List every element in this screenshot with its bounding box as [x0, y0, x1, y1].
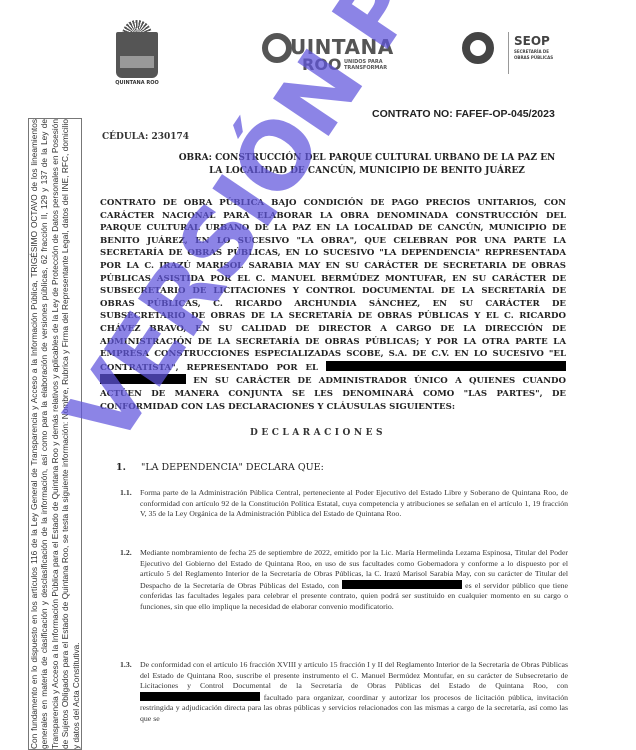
quintana-roo-coat-of-arms-logo: QUINTANA ROO: [112, 18, 162, 92]
redacted-block: [140, 692, 260, 701]
obra-line-1: OBRA: CONSTRUCCIÓN DEL PARQUE CULTURAL U…: [172, 152, 562, 165]
declaration-number: 1.: [116, 462, 126, 473]
intro-text-part-1: CONTRATO DE OBRA PÚBLICA BAJO CONDICIÓN …: [100, 198, 566, 373]
contract-intro-paragraph: CONTRATO DE OBRA PÚBLICA BAJO CONDICIÓN …: [100, 197, 566, 413]
q-ring-icon: [462, 32, 494, 64]
quintana-roo-government-logo: UINTANA ROO UNIDOS PARA TRANSFORMAR: [262, 33, 392, 77]
cedula-number: CÉDULA: 230174: [102, 132, 189, 142]
clause-number: 1.2.: [120, 548, 132, 559]
logo-caption: QUINTANA ROO: [112, 80, 162, 86]
section-title-declaraciones: DECLARACIONES: [0, 428, 636, 438]
obra-line-2: LA LOCALIDAD DE CANCÚN, MUNICIPIO DE BEN…: [172, 165, 562, 178]
clause-1-1: 1.1. Forma parte de la Administración Pú…: [140, 488, 568, 520]
clause-text: Forma parte de la Administración Pública…: [140, 488, 568, 518]
q-letter-icon: [262, 33, 292, 63]
seop-tagline: SECRETARÍA DE OBRAS PÚBLICAS: [514, 49, 554, 61]
logo-divider: [508, 32, 509, 74]
contract-number: CONTRATO NO: FAFEF-OP-045/2023: [372, 108, 555, 120]
logo-text-roo: ROO: [302, 55, 342, 74]
redacted-block: [100, 374, 186, 384]
declaration-heading-text: "LA DEPENDENCIA" DECLARA QUE:: [141, 462, 324, 473]
declaration-heading: 1. "LA DEPENDENCIA" DECLARA QUE:: [116, 462, 324, 473]
logo-tagline: UNIDOS PARA TRANSFORMAR: [344, 59, 394, 71]
redacted-block: [342, 580, 462, 589]
clause-text-before: De conformidad con el artículo 16 fracci…: [140, 660, 568, 690]
seop-logo: SEOP SECRETARÍA DE OBRAS PÚBLICAS: [462, 30, 557, 80]
redacted-block: [326, 361, 566, 371]
clause-1-2: 1.2. Mediante nombramiento de fecha 25 d…: [140, 548, 568, 613]
seop-label: SEOP: [514, 34, 550, 48]
obra-title: OBRA: CONSTRUCCIÓN DEL PARQUE CULTURAL U…: [172, 152, 562, 178]
clause-number: 1.1.: [120, 488, 132, 499]
clause-1-3: 1.3. De conformidad con el artículo 16 f…: [140, 660, 568, 725]
clause-number: 1.3.: [120, 660, 132, 671]
shield-band: [120, 56, 154, 68]
shield-icon: [116, 32, 158, 78]
